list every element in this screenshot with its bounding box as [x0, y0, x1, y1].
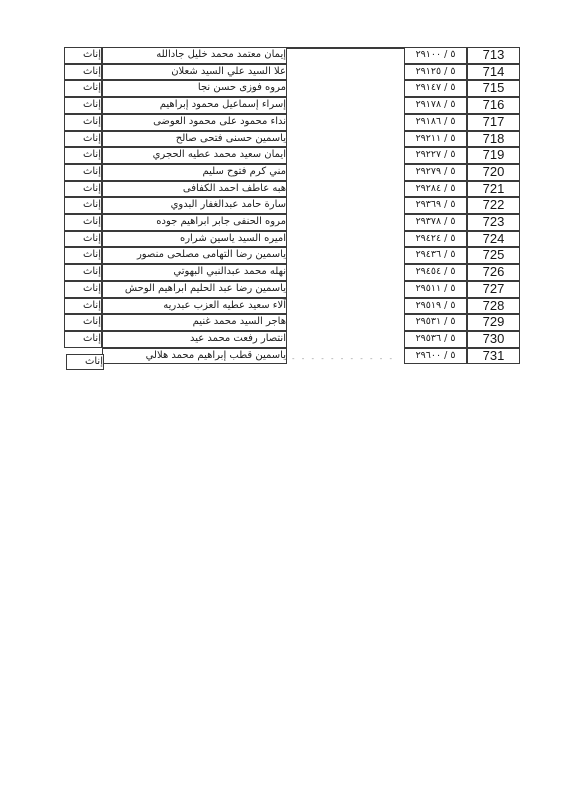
student-name-cell: مروه الحنفى جابر ابراهيم جوده	[102, 214, 287, 231]
serial-number-cell: 722	[467, 197, 520, 214]
gender-cell: إناث	[64, 197, 102, 214]
gender-cell: إناث	[64, 214, 102, 231]
table-row: 728 ٥ / ٢٩٥١٩	[404, 298, 520, 315]
student-name-cell: إيمان معتمد محمد خليل جادالله	[102, 47, 287, 64]
scanned-document-page: 713 ٥ / ٢٩١٠٠ 714 ٥ / ٢٩١٢٥ 715 ٥ / ٢٩١٤…	[0, 0, 565, 800]
exam-number-cell: ٥ / ٢٩٣٦٩	[404, 197, 467, 214]
gender-cell: إناث	[66, 354, 104, 371]
exam-number-cell: ٥ / ٢٩١٧٨	[404, 97, 467, 114]
exam-number-cell: ٥ / ٢٩٤٥٤	[404, 264, 467, 281]
gender-cell: إناث	[64, 114, 102, 131]
table-row: 717 ٥ / ٢٩١٨٦	[404, 114, 520, 131]
table-row: 723 ٥ / ٢٩٣٧٨	[404, 214, 520, 231]
gender-cell: إناث	[64, 331, 102, 348]
table-row: 721 ٥ / ٢٩٢٨٤	[404, 181, 520, 198]
table-row: ياسمين رضا التهامى مصلحى منصور إناث	[64, 247, 287, 264]
gender-cell: إناث	[64, 64, 102, 81]
serial-number-cell: 715	[467, 80, 520, 97]
serial-number-cell: 725	[467, 247, 520, 264]
gender-cell: إناث	[64, 314, 102, 331]
student-name-cell: ايمان سعيد محمد عطيه الحجري	[102, 147, 287, 164]
exam-number-cell: ٥ / ٢٩٢٨٤	[404, 181, 467, 198]
student-name-cell: ياسمين رضا التهامى مصلحى منصور	[102, 247, 287, 264]
exam-number-cell: ٥ / ٢٩٥٣٦	[404, 331, 467, 348]
serial-number-cell: 717	[467, 114, 520, 131]
student-name-cell: مني كرم فتوح سليم	[102, 164, 287, 181]
student-name-cell: سارة حامد عبدالغفار البدوي	[102, 197, 287, 214]
exam-number-cell: ٥ / ٢٩٢٢٧	[404, 147, 467, 164]
names-tbody: إيمان معتمد محمد خليل جادالله إناث علا ا…	[64, 47, 287, 364]
table-row: 725 ٥ / ٢٩٤٣٦	[404, 247, 520, 264]
serial-number-cell: 724	[467, 231, 520, 248]
table-row: هبه عاطف احمد الكفافى إناث	[64, 181, 287, 198]
exam-number-cell: ٥ / ٢٩٥١١	[404, 281, 467, 298]
gender-cell: إناث	[64, 147, 102, 164]
student-name-cell: ياسمين قطب إبراهيم محمد هلالي	[102, 348, 287, 365]
serial-number-cell: 721	[467, 181, 520, 198]
table-row: 724 ٥ / ٢٩٤٢٤	[404, 231, 520, 248]
gender-cell: إناث	[64, 80, 102, 97]
table-row: 729 ٥ / ٢٩٥٣١	[404, 314, 520, 331]
numbers-tbody: 713 ٥ / ٢٩١٠٠ 714 ٥ / ٢٩١٢٥ 715 ٥ / ٢٩١٤…	[404, 47, 520, 364]
serial-number-cell: 726	[467, 264, 520, 281]
exam-number-cell: ٥ / ٢٩١٠٠	[404, 47, 467, 64]
table-row: ياسمين قطب إبراهيم محمد هلالي إناث	[64, 348, 287, 365]
table-row: ايمان سعيد محمد عطيه الحجري إناث	[64, 147, 287, 164]
serial-number-cell: 713	[467, 47, 520, 64]
student-name-cell: هاجر السيد محمد غنيم	[102, 314, 287, 331]
student-name-cell: انتصار رفعت محمد عيد	[102, 331, 287, 348]
table-row: اميره السيد ياسين شراره إناث	[64, 231, 287, 248]
table-row: انتصار رفعت محمد عيد إناث	[64, 331, 287, 348]
student-name-cell: ياسمين حسنى فتحى صالح	[102, 131, 287, 148]
table-row: مني كرم فتوح سليم إناث	[64, 164, 287, 181]
exam-number-cell: ٥ / ٢٩٤٢٤	[404, 231, 467, 248]
exam-number-cell: ٥ / ٢٩١٢٥	[404, 64, 467, 81]
table-row: إيمان معتمد محمد خليل جادالله إناث	[64, 47, 287, 64]
table-row: سارة حامد عبدالغفار البدوي إناث	[64, 197, 287, 214]
table-row: 718 ٥ / ٢٩٢١١	[404, 131, 520, 148]
student-name-cell: نداء محمود على محمود العوضى	[102, 114, 287, 131]
table-row: ياسمين رضا عبد الحليم ابراهيم الوحش إناث	[64, 281, 287, 298]
gap-column: - - - - - - - - - - - - - -	[287, 47, 404, 364]
exam-number-cell: ٥ / ٢٩٤٣٦	[404, 247, 467, 264]
exam-number-cell: ٥ / ٢٩٢١١	[404, 131, 467, 148]
table-row: هاجر السيد محمد غنيم إناث	[64, 314, 287, 331]
student-name-cell: نهله محمد عبدالنبي البهوتي	[102, 264, 287, 281]
numbers-block: 713 ٥ / ٢٩١٠٠ 714 ٥ / ٢٩١٢٥ 715 ٥ / ٢٩١٤…	[404, 47, 520, 364]
table-row: إسراء إسماعيل محمود إبراهيم إناث	[64, 97, 287, 114]
table-row: ياسمين حسنى فتحى صالح إناث	[64, 131, 287, 148]
dashed-line: - - - - - - - - - - - - - -	[292, 355, 395, 363]
exam-number-cell: ٥ / ٢٩١٨٦	[404, 114, 467, 131]
student-name-cell: هبه عاطف احمد الكفافى	[102, 181, 287, 198]
names-block: إيمان معتمد محمد خليل جادالله إناث علا ا…	[64, 47, 287, 364]
table-row: آلاء سعيد عطيه العزب عبدريه إناث	[64, 298, 287, 315]
table-row: 715 ٥ / ٢٩١٤٧	[404, 80, 520, 97]
gender-cell: إناث	[64, 298, 102, 315]
table-row: نهله محمد عبدالنبي البهوتي إناث	[64, 264, 287, 281]
gender-cell: إناث	[64, 47, 102, 64]
serial-number-cell: 730	[467, 331, 520, 348]
gender-cell: إناث	[64, 231, 102, 248]
table-row: 716 ٥ / ٢٩١٧٨	[404, 97, 520, 114]
exam-number-cell: ٥ / ٢٩٢٧٩	[404, 164, 467, 181]
table-row: 713 ٥ / ٢٩١٠٠	[404, 47, 520, 64]
gender-cell: إناث	[64, 264, 102, 281]
table-row: 731 ٥ / ٢٩٦٠٠	[404, 348, 520, 365]
serial-number-cell: 720	[467, 164, 520, 181]
student-name-cell: مروه فوزى حسن نجا	[102, 80, 287, 97]
table-row: مروه الحنفى جابر ابراهيم جوده إناث	[64, 214, 287, 231]
table-row: 726 ٥ / ٢٩٤٥٤	[404, 264, 520, 281]
student-name-cell: إسراء إسماعيل محمود إبراهيم	[102, 97, 287, 114]
gender-cell: إناث	[64, 281, 102, 298]
table-row: علا السيد علي السيد شعلان إناث	[64, 64, 287, 81]
student-name-cell: ياسمين رضا عبد الحليم ابراهيم الوحش	[102, 281, 287, 298]
gender-cell: إناث	[64, 164, 102, 181]
serial-number-cell: 714	[467, 64, 520, 81]
serial-number-cell: 729	[467, 314, 520, 331]
serial-number-cell: 731	[467, 348, 520, 365]
exam-number-cell: ٥ / ٢٩١٤٧	[404, 80, 467, 97]
student-roster-table: 713 ٥ / ٢٩١٠٠ 714 ٥ / ٢٩١٢٥ 715 ٥ / ٢٩١٤…	[58, 47, 520, 364]
student-name-cell: آلاء سعيد عطيه العزب عبدريه	[102, 298, 287, 315]
serial-number-cell: 723	[467, 214, 520, 231]
gender-cell: إناث	[64, 181, 102, 198]
table-row: نداء محمود على محمود العوضى إناث	[64, 114, 287, 131]
gender-cell: إناث	[64, 131, 102, 148]
serial-number-cell: 716	[467, 97, 520, 114]
student-name-cell: علا السيد علي السيد شعلان	[102, 64, 287, 81]
serial-number-cell: 719	[467, 147, 520, 164]
table-row: 722 ٥ / ٢٩٣٦٩	[404, 197, 520, 214]
serial-number-cell: 727	[467, 281, 520, 298]
gender-cell: إناث	[64, 247, 102, 264]
table-row: 714 ٥ / ٢٩١٢٥	[404, 64, 520, 81]
gender-cell: إناث	[64, 97, 102, 114]
exam-number-cell: ٥ / ٢٩٣٧٨	[404, 214, 467, 231]
table-row: 730 ٥ / ٢٩٥٣٦	[404, 331, 520, 348]
table-row: مروه فوزى حسن نجا إناث	[64, 80, 287, 97]
exam-number-cell: ٥ / ٢٩٥٣١	[404, 314, 467, 331]
exam-number-cell: ٥ / ٢٩٥١٩	[404, 298, 467, 315]
serial-number-cell: 728	[467, 298, 520, 315]
student-name-cell: اميره السيد ياسين شراره	[102, 231, 287, 248]
table-row: 727 ٥ / ٢٩٥١١	[404, 281, 520, 298]
table-row: 719 ٥ / ٢٩٢٢٧	[404, 147, 520, 164]
exam-number-cell: ٥ / ٢٩٦٠٠	[404, 348, 467, 365]
serial-number-cell: 718	[467, 131, 520, 148]
table-row: 720 ٥ / ٢٩٢٧٩	[404, 164, 520, 181]
